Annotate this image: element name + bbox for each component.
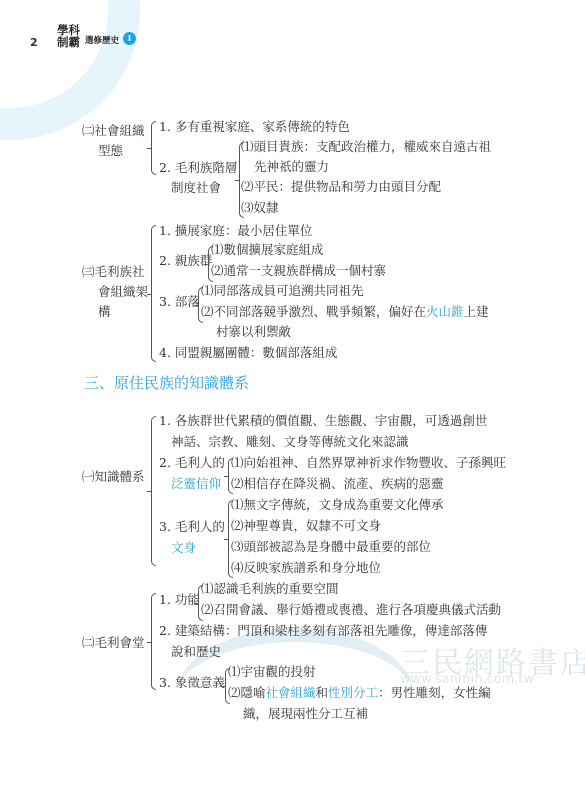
sub-item: ⑶奴隸 <box>241 198 279 218</box>
list-item: 3. 毛利人的 <box>159 517 225 537</box>
sub-item: ⑵不同部落競爭激烈、戰爭頻繁，偏好在火山錐上建 <box>201 302 489 322</box>
section-label: ㈠知識體系 <box>82 467 145 487</box>
keyword-highlight: 火山錐 <box>426 304 464 319</box>
list-item: 3. 部落 <box>159 292 200 312</box>
section-label: 構 <box>98 302 111 322</box>
section-label: ㈡毛利會堂 <box>82 633 145 653</box>
subject-title: 選修歷史 <box>85 34 119 46</box>
sub-item: ⑴同部落成員可追溯共同祖先 <box>201 281 364 301</box>
section-label: ㈡社會組織 <box>82 121 145 141</box>
keyword-highlight: 文身 <box>171 538 196 558</box>
section-label: 型態 <box>98 141 123 161</box>
brand-logo: 學科 制霸 <box>57 24 80 48</box>
brace <box>151 225 156 362</box>
page-number: 2 <box>30 36 38 49</box>
list-item: 神話、宗教、雕刻、文身等傳統文化來認識 <box>171 432 409 452</box>
keyword-highlight: 性別分工 <box>328 685 378 700</box>
list-item: 3. 象徵意義 <box>159 673 225 693</box>
sub-item: ⑴頭目貴族：支配政治權力，權威來自遠古祖 <box>241 137 491 157</box>
brace <box>151 416 156 566</box>
brace <box>151 593 156 690</box>
list-item: 制度社會 <box>171 178 221 198</box>
sub-item: ⑶頭部被認為是身體中最重要的部位 <box>231 537 431 557</box>
section-label: 會組織架 <box>98 282 148 302</box>
section-heading: 三、原住民族的知識體系 <box>84 372 249 393</box>
keyword-highlight: 泛靈信仰 <box>171 474 221 494</box>
sub-item: ⑵相信存在降災禍、流產、疾病的惡靈 <box>231 474 444 494</box>
list-item: 4. 同盟親屬團體：數個部落組成 <box>159 343 337 363</box>
list-item: 1. 各族群世代累積的價值觀、生態觀、宇宙觀，可透過創世 <box>159 411 487 431</box>
sub-item: ⑵通常一支親族群構成一個村寨 <box>211 261 386 281</box>
brace <box>151 121 156 175</box>
sub-item: ⑵召開會議、舉行婚禮或喪禮、進行各項慶典儀式活動 <box>201 600 501 620</box>
sub-item: 織，展現兩性分工互補 <box>243 704 368 724</box>
sub-item: ⑵平民：提供物品和勞力由頭目分配 <box>241 177 441 197</box>
sub-item: ⑴宇宙觀的投射 <box>228 662 316 682</box>
corner-ring-decoration <box>0 0 140 140</box>
list-item: 1. 多有重視家庭、家系傳統的特色 <box>159 117 350 137</box>
sub-item: ⑵隱喻社會組織和性別分工：男性雕刻，女性編 <box>228 683 491 703</box>
sub-item: ⑷反映家族譜系和身分地位 <box>231 558 381 578</box>
list-item: 1. 功能 <box>159 590 200 610</box>
list-item: 2. 毛利族階層 <box>159 158 237 178</box>
volume-badge-icon: Ⅰ <box>123 32 136 45</box>
sub-item: ⑵神聖尊貴，奴隸不可文身 <box>231 516 381 536</box>
list-item: 2. 毛利人的 <box>159 453 225 473</box>
brand-line2: 制霸 <box>57 36 80 48</box>
sub-item: ⑴數個擴展家庭組成 <box>211 240 324 260</box>
sub-item: ⑴認識毛利族的重要空間 <box>201 579 339 599</box>
sub-item: ⑴向始祖神、自然界眾神祈求作物豐收、子孫興旺 <box>231 453 506 473</box>
section-label: ㈢毛利族社 <box>82 262 145 282</box>
sub-item: 先神祇的靈力 <box>254 157 329 177</box>
sub-item: 村寨以利禦敵 <box>216 322 291 342</box>
keyword-highlight: 社會組織 <box>266 685 316 700</box>
list-item: 說和歷史 <box>171 642 221 662</box>
list-item: 2. 親族群 <box>159 251 212 271</box>
list-item: 2. 建築結構：門頂和梁柱多刻有部落祖先雕像，傳達部落傳 <box>159 621 487 641</box>
sub-item: ⑴無文字傳統，文身成為重要文化傳承 <box>231 495 444 515</box>
list-item: 1. 擴展家庭：最小居住單位 <box>159 221 312 241</box>
